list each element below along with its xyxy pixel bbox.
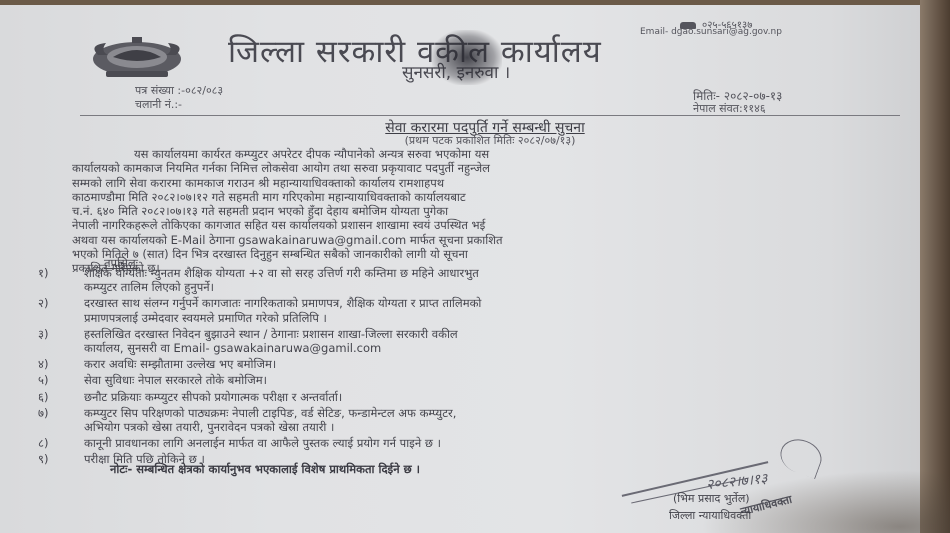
item-number: २) <box>38 296 48 310</box>
body-line: सम्मको लागि सेवा करारमा कामकाज गराउन श्र… <box>72 176 872 190</box>
nepal-samvat: नेपाल संवत:११४६ <box>693 101 766 116</box>
schedule-item: ६)छनौट प्रक्रियाः कम्प्युटर सीपको प्रयोग… <box>38 390 868 404</box>
item-number: ५) <box>38 373 48 387</box>
body-line: अथवा यस कार्यालयको E-Mail ठेगाना gsawaka… <box>72 233 872 247</box>
schedule-item: ५)सेवा सुविधाः नेपाल सरकारले तोके बमोजिम… <box>38 373 868 387</box>
item-number: ९) <box>38 452 48 466</box>
item-number: ८) <box>38 436 48 450</box>
item-text: छनौट प्रक्रियाः कम्प्युटर सीपको प्रयोगात… <box>38 390 868 404</box>
item-text: सेवा सुविधाः नेपाल सरकारले तोके बमोजिम। <box>38 373 868 387</box>
item-number: ४) <box>38 357 48 371</box>
schedule-item: १)शैक्षिक योग्यताः न्युनतम शैक्षिक योग्य… <box>38 266 868 294</box>
item-number: ६) <box>38 390 48 404</box>
schedule-item: ३)हस्तलिखित दरखास्त निवेदन बुझाउने स्थान… <box>38 327 868 355</box>
schedule-item: ४)करार अवधिः सम्झौतामा उल्लेख भए बमोजिम। <box>38 357 868 371</box>
item-text: हस्तलिखित दरखास्त निवेदन बुझाउने स्थान /… <box>38 327 868 341</box>
item-text: दरखास्त साथ संलग्न गर्नुपर्ने कागजातः ना… <box>38 296 868 310</box>
schedule-item: ८)कानूनी प्रावधानका लागि अनलाईन मार्फत व… <box>38 436 868 450</box>
schedule-item: ७)कम्प्युटर सिप परिक्षणको पाठ्यक्रमः नेप… <box>38 406 868 434</box>
item-number: १) <box>38 266 48 280</box>
signer-title: जिल्ला न्यायाधिवक्ता <box>669 508 751 523</box>
body-line: यस कार्यालयमा कार्यरत कम्प्युटर अपरेटर द… <box>72 147 872 161</box>
divider <box>80 115 900 116</box>
note: नोटः- सम्बन्धित क्षेत्रको कार्यानुभव भएक… <box>110 462 420 477</box>
notice-subtitle: (प्रथम पटक प्रकाशित मितिः २०८२/०७/१३) <box>0 133 950 148</box>
body-line: कार्यालयको कामकाज नियमित गर्नका निमित्त … <box>72 161 872 175</box>
stamp-seal <box>432 30 502 85</box>
body-line: काठमाण्डौमा मिति २०८२।०७।१२ गते सहमती मा… <box>72 190 872 204</box>
background-right <box>920 0 950 533</box>
notice-body: यस कार्यालयमा कार्यरत कम्प्युटर अपरेटर द… <box>72 147 872 276</box>
nepal-emblem-icon <box>78 35 196 80</box>
item-text: प्रमाणपत्रलाई उम्मेदवार स्वयमले प्रमाणित… <box>38 311 868 325</box>
item-text: अभियोग पत्रको खेस्रा तयारी, पुनरावेदन पत… <box>38 420 868 434</box>
item-text: कानूनी प्रावधानका लागि अनलाईन मार्फत वा … <box>38 436 868 450</box>
body-line: नेपाली नागरिकहरूले तोकिएका कागजात सहित य… <box>72 218 872 232</box>
body-line: च.नं. ६४० मिति २०८२।०७।१३ गते सहमती प्रद… <box>72 204 872 218</box>
item-number: ७) <box>38 406 48 420</box>
item-text: शैक्षिक योग्यताः न्युनतम शैक्षिक योग्यता… <box>38 266 868 280</box>
item-text: करार अवधिः सम्झौतामा उल्लेख भए बमोजिम। <box>38 357 868 371</box>
item-text: कम्प्युटर तालिम लिएको हुनुपर्ने। <box>38 280 868 294</box>
item-text: कार्यालय, सुनसरी वा Email- gsawakainaruw… <box>38 341 868 355</box>
letter-number: पत्र संख्या :-०८२/०८३ <box>135 83 223 98</box>
schedule-item: २)दरखास्त साथ संलग्न गर्नुपर्ने कागजातः … <box>38 296 868 324</box>
schedule-list: १)शैक्षिक योग्यताः न्युनतम शैक्षिक योग्य… <box>38 266 868 469</box>
office-email: Email- dgao.sunsari@ag.gov.np <box>640 27 782 37</box>
item-text: कम्प्युटर सिप परिक्षणको पाठ्यक्रमः नेपाल… <box>38 406 868 420</box>
body-line: भएको मितिले ७ (सात) दिन भित्र दरखास्त दि… <box>72 247 872 261</box>
dispatch-number: चलानी नं.:- <box>135 97 182 112</box>
item-number: ३) <box>38 327 48 341</box>
